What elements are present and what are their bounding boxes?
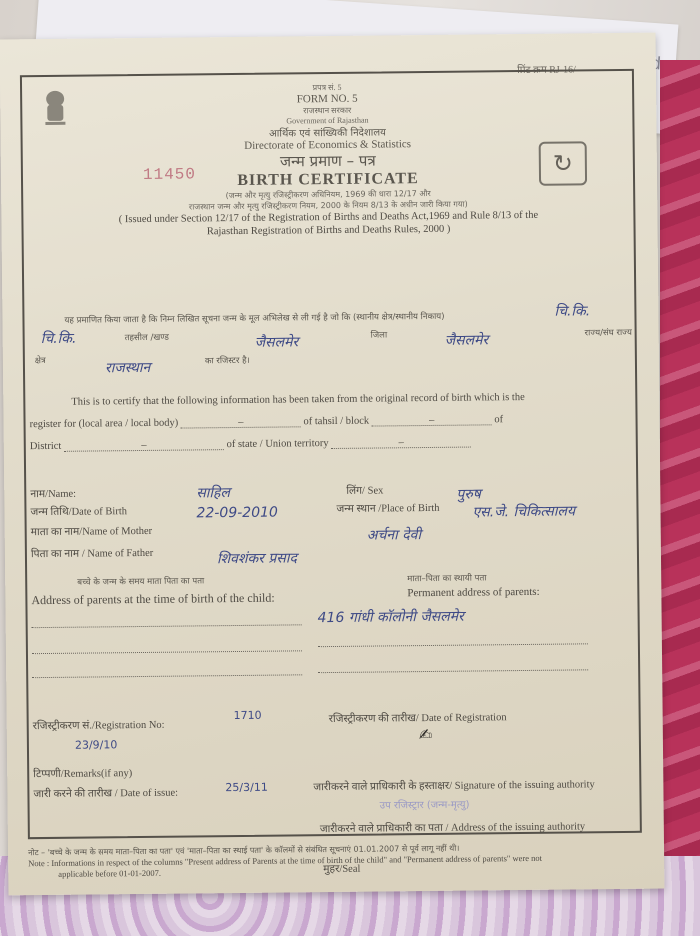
addr-birth-line: [32, 664, 302, 678]
local-body-field: –: [181, 416, 301, 428]
reg-date-value: 23/9/10: [75, 738, 118, 751]
addr-perm-hi: माता–पिता का स्थायी पता: [407, 572, 486, 584]
sex-value: पुरुष: [456, 484, 481, 503]
mother-value: अर्चना देवी: [367, 525, 421, 545]
remarks-label: टिप्पणी/Remarks(if any): [33, 766, 132, 781]
birth-certificate: प्रिंट क्रम RJ-16/ 11450 ↻ प्रपत्र सं. 5…: [0, 33, 664, 896]
certify-en: register for (local area / local body): [30, 418, 179, 431]
state-value: राजस्थान: [105, 358, 150, 377]
father-label: पिता का नाम / Name of Father: [31, 546, 153, 561]
reg-no-label: रजिस्ट्रीकरण सं./Registration No:: [33, 718, 165, 733]
addr-birth-line: [32, 614, 302, 628]
reg-date-label: रजिस्ट्रीकरण की तारीख/ Date of Registrat…: [329, 710, 507, 726]
addr-birth-hi: बच्चे के जन्म के समय माता पिता का पता: [77, 575, 204, 587]
district-label: जिला: [371, 329, 388, 340]
sex-label: लिंग/ Sex: [346, 483, 383, 497]
district-value: जैसलमेर: [445, 330, 489, 349]
pob-value: एस.जे. चिकित्सालय: [472, 501, 575, 521]
tehsil-label: तहसील /खण्ड: [125, 332, 169, 343]
certify-en: District: [30, 441, 62, 452]
issue-date-label: जारी करने की तारीख / Date of issue:: [33, 786, 178, 802]
district-field: –: [64, 439, 224, 452]
signature: ✍: [419, 725, 433, 744]
certify-en: of: [494, 414, 503, 425]
certificate-frame: 11450 ↻ प्रपत्र सं. 5 FORM NO. 5 राजस्था…: [20, 69, 642, 839]
state-label: राज्य/संघ राज्य: [585, 327, 632, 338]
certify-en: of tahsil / block: [303, 416, 369, 428]
addr-birth-en: Address of parents at the time of birth …: [31, 591, 274, 609]
issue-date-value: 25/3/11: [225, 781, 268, 794]
dob-value: 22-09-2010: [196, 505, 278, 522]
area-label: क्षेत्र: [35, 355, 46, 366]
signature-label: जारीकरने वाले प्राधिकारी के हस्ताक्षर/ S…: [313, 777, 594, 794]
name-label: नाम/Name:: [30, 487, 76, 501]
register-suffix: का रजिस्टर है।: [205, 355, 250, 366]
reg-no-value: 1710: [234, 709, 262, 722]
local-body-right: चि.कि.: [554, 301, 590, 320]
fabric-background: [660, 60, 700, 936]
local-body: चि.कि.: [41, 329, 77, 348]
authority-stamp: उप रजिस्ट्रार (जन्म-मृत्यु): [379, 797, 469, 812]
tahsil-field: –: [372, 414, 492, 426]
addr-perm-line: [318, 659, 588, 673]
certify-en: This is to certify that the following in…: [71, 392, 525, 408]
pob-label: जन्म स्थान /Place of Birth: [336, 501, 439, 516]
permanent-address-value: 416 गांधी कॉलोनी जैसलमेर: [318, 607, 464, 628]
authority-address-label: जारीकरने वाले प्राधिकारी का पता / Addres…: [320, 819, 585, 836]
tehsil-value: जैसलमेर: [255, 332, 299, 351]
addr-birth-line: [32, 640, 302, 654]
state-field: –: [331, 437, 471, 449]
certify-hi: यह प्रमाणित किया जाता है कि निम्न लिखित …: [64, 311, 444, 326]
dob-label: जन्म तिथि/Date of Birth: [30, 504, 127, 519]
addr-perm-en: Permanent address of parents:: [407, 586, 539, 599]
certify-en: of state / Union territory: [226, 438, 328, 450]
addr-perm-line: [318, 633, 588, 647]
father-value: शिवशंकर प्रसाद: [217, 548, 297, 568]
name-value: साहिल: [196, 483, 230, 502]
mother-label: माता का नाम/Name of Mother: [31, 524, 153, 539]
